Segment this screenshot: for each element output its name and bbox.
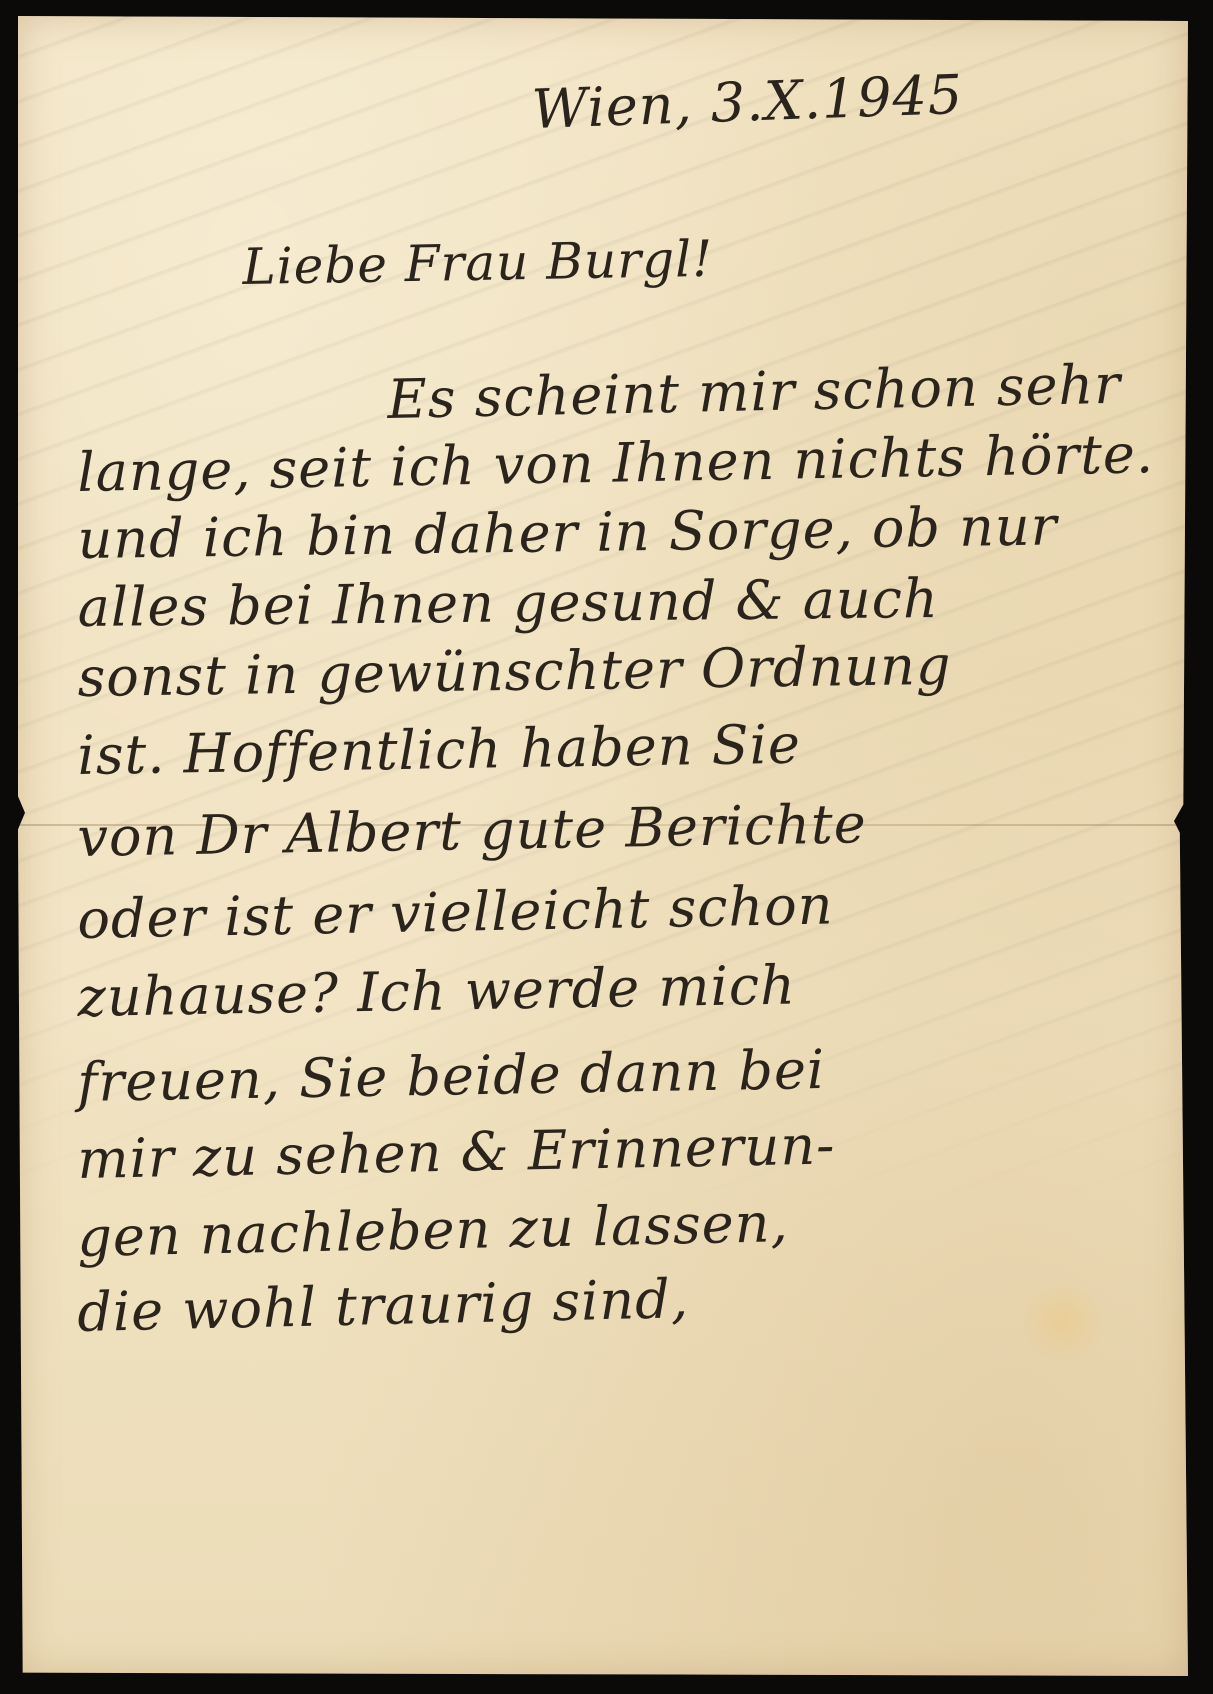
letter-date: Wien, 3.X.1945 <box>531 63 964 141</box>
letter-line: oder ist er vielleicht schon <box>77 873 834 951</box>
letter-salutation: Liebe Frau Burgl! <box>242 230 714 296</box>
letter-line: lange, seit ich von Ihnen nichts hörte. <box>77 422 1155 504</box>
letter-line: zuhause? Ich werde mich <box>77 953 796 1029</box>
letter-line: freuen, Sie beide dann bei <box>77 1038 826 1114</box>
letter-line: Es scheint mir schon sehr <box>387 353 1122 431</box>
letter-line: und ich bin daher in Sorge, ob nur <box>77 494 1058 571</box>
letter-line: sonst in gewünschter Ordnung <box>77 634 952 709</box>
letter-line: mir zu sehen & Erinnerun- <box>77 1113 836 1191</box>
letter-line: ist. Hoffentlich haben Sie <box>77 713 801 787</box>
letter-line: alles bei Ihnen gesund & auch <box>77 567 939 639</box>
paper-stain <box>1018 1281 1108 1361</box>
letter-page: Wien, 3.X.1945 Liebe Frau Burgl! Es sche… <box>18 16 1188 1676</box>
letter-line: die wohl traurig sind, <box>77 1267 690 1344</box>
letter-line: von Dr Albert gute Berichte <box>77 792 867 869</box>
letter-line: gen nachleben zu lassen, <box>77 1191 790 1269</box>
